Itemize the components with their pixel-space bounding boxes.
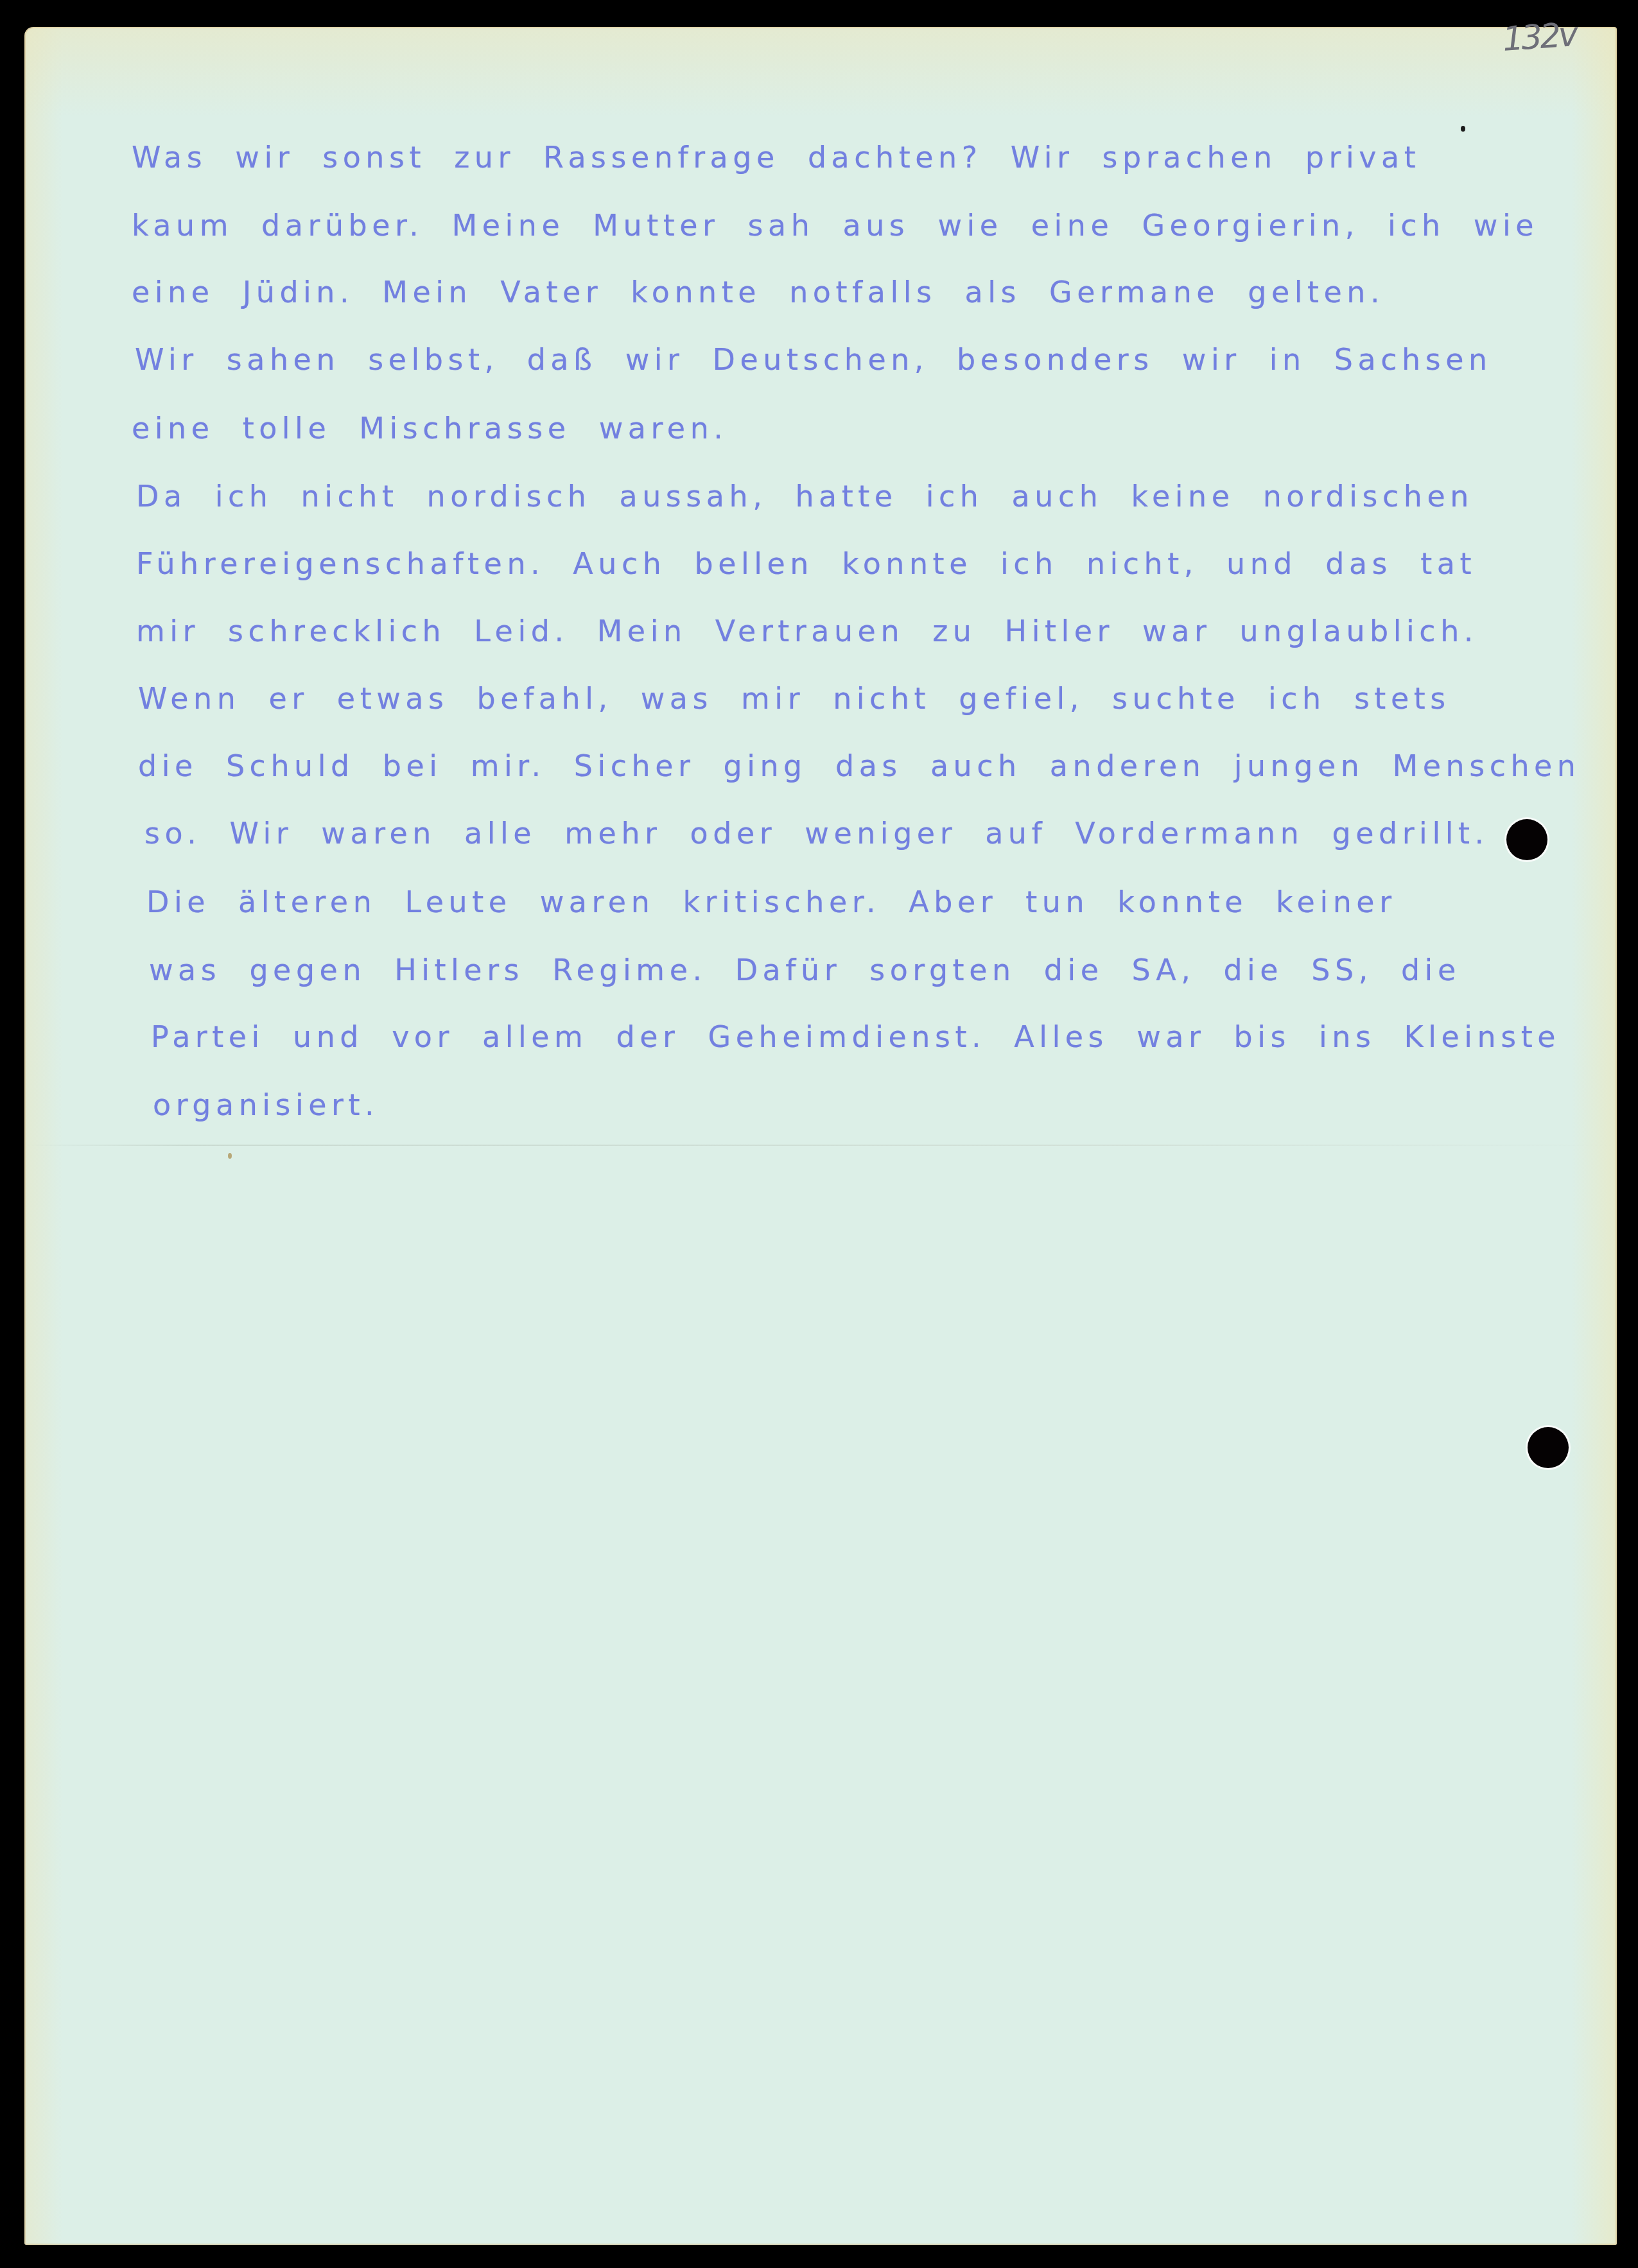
text-line-14: Partei und vor allem der Geheimdienst. A… — [151, 1022, 1560, 1052]
text-line-7: Führereigenschaften. Auch bellen konnte … — [136, 549, 1476, 578]
text-line-12: Die älteren Leute waren kritischer. Aber… — [146, 887, 1397, 917]
ink-dot-mark — [1461, 126, 1465, 132]
fold-line — [24, 1145, 1617, 1146]
folio-number: 132v — [1501, 15, 1577, 59]
text-line-3: eine Jüdin. Mein Vater konnte notfalls a… — [132, 277, 1384, 307]
text-line-11: so. Wir waren alle mehr oder weniger auf… — [144, 818, 1489, 848]
text-line-8: mir schrecklich Leid. Mein Vertrauen zu … — [136, 616, 1478, 646]
text-line-1: Was wir sonst zur Rassenfrage dachten? W… — [132, 143, 1420, 172]
punch-hole-upper — [1506, 819, 1547, 860]
text-line-10: die Schuld bei mir. Sicher ging das auch… — [138, 751, 1581, 781]
punch-hole-lower — [1528, 1427, 1569, 1468]
paper-speck — [228, 1153, 232, 1159]
text-line-4: Wir sahen selbst, daß wir Deutschen, bes… — [135, 345, 1492, 374]
text-line-13: was gegen Hitlers Regime. Dafür sorgten … — [149, 955, 1461, 985]
text-line-5: eine tolle Mischrasse waren. — [132, 413, 728, 443]
text-line-9: Wenn er etwas befahl, was mir nicht gefi… — [138, 684, 1451, 713]
text-line-15: organisiert. — [153, 1090, 379, 1120]
text-line-6: Da ich nicht nordisch aussah, hatte ich … — [136, 481, 1474, 511]
text-line-2: kaum darüber. Meine Mutter sah aus wie e… — [132, 211, 1538, 240]
